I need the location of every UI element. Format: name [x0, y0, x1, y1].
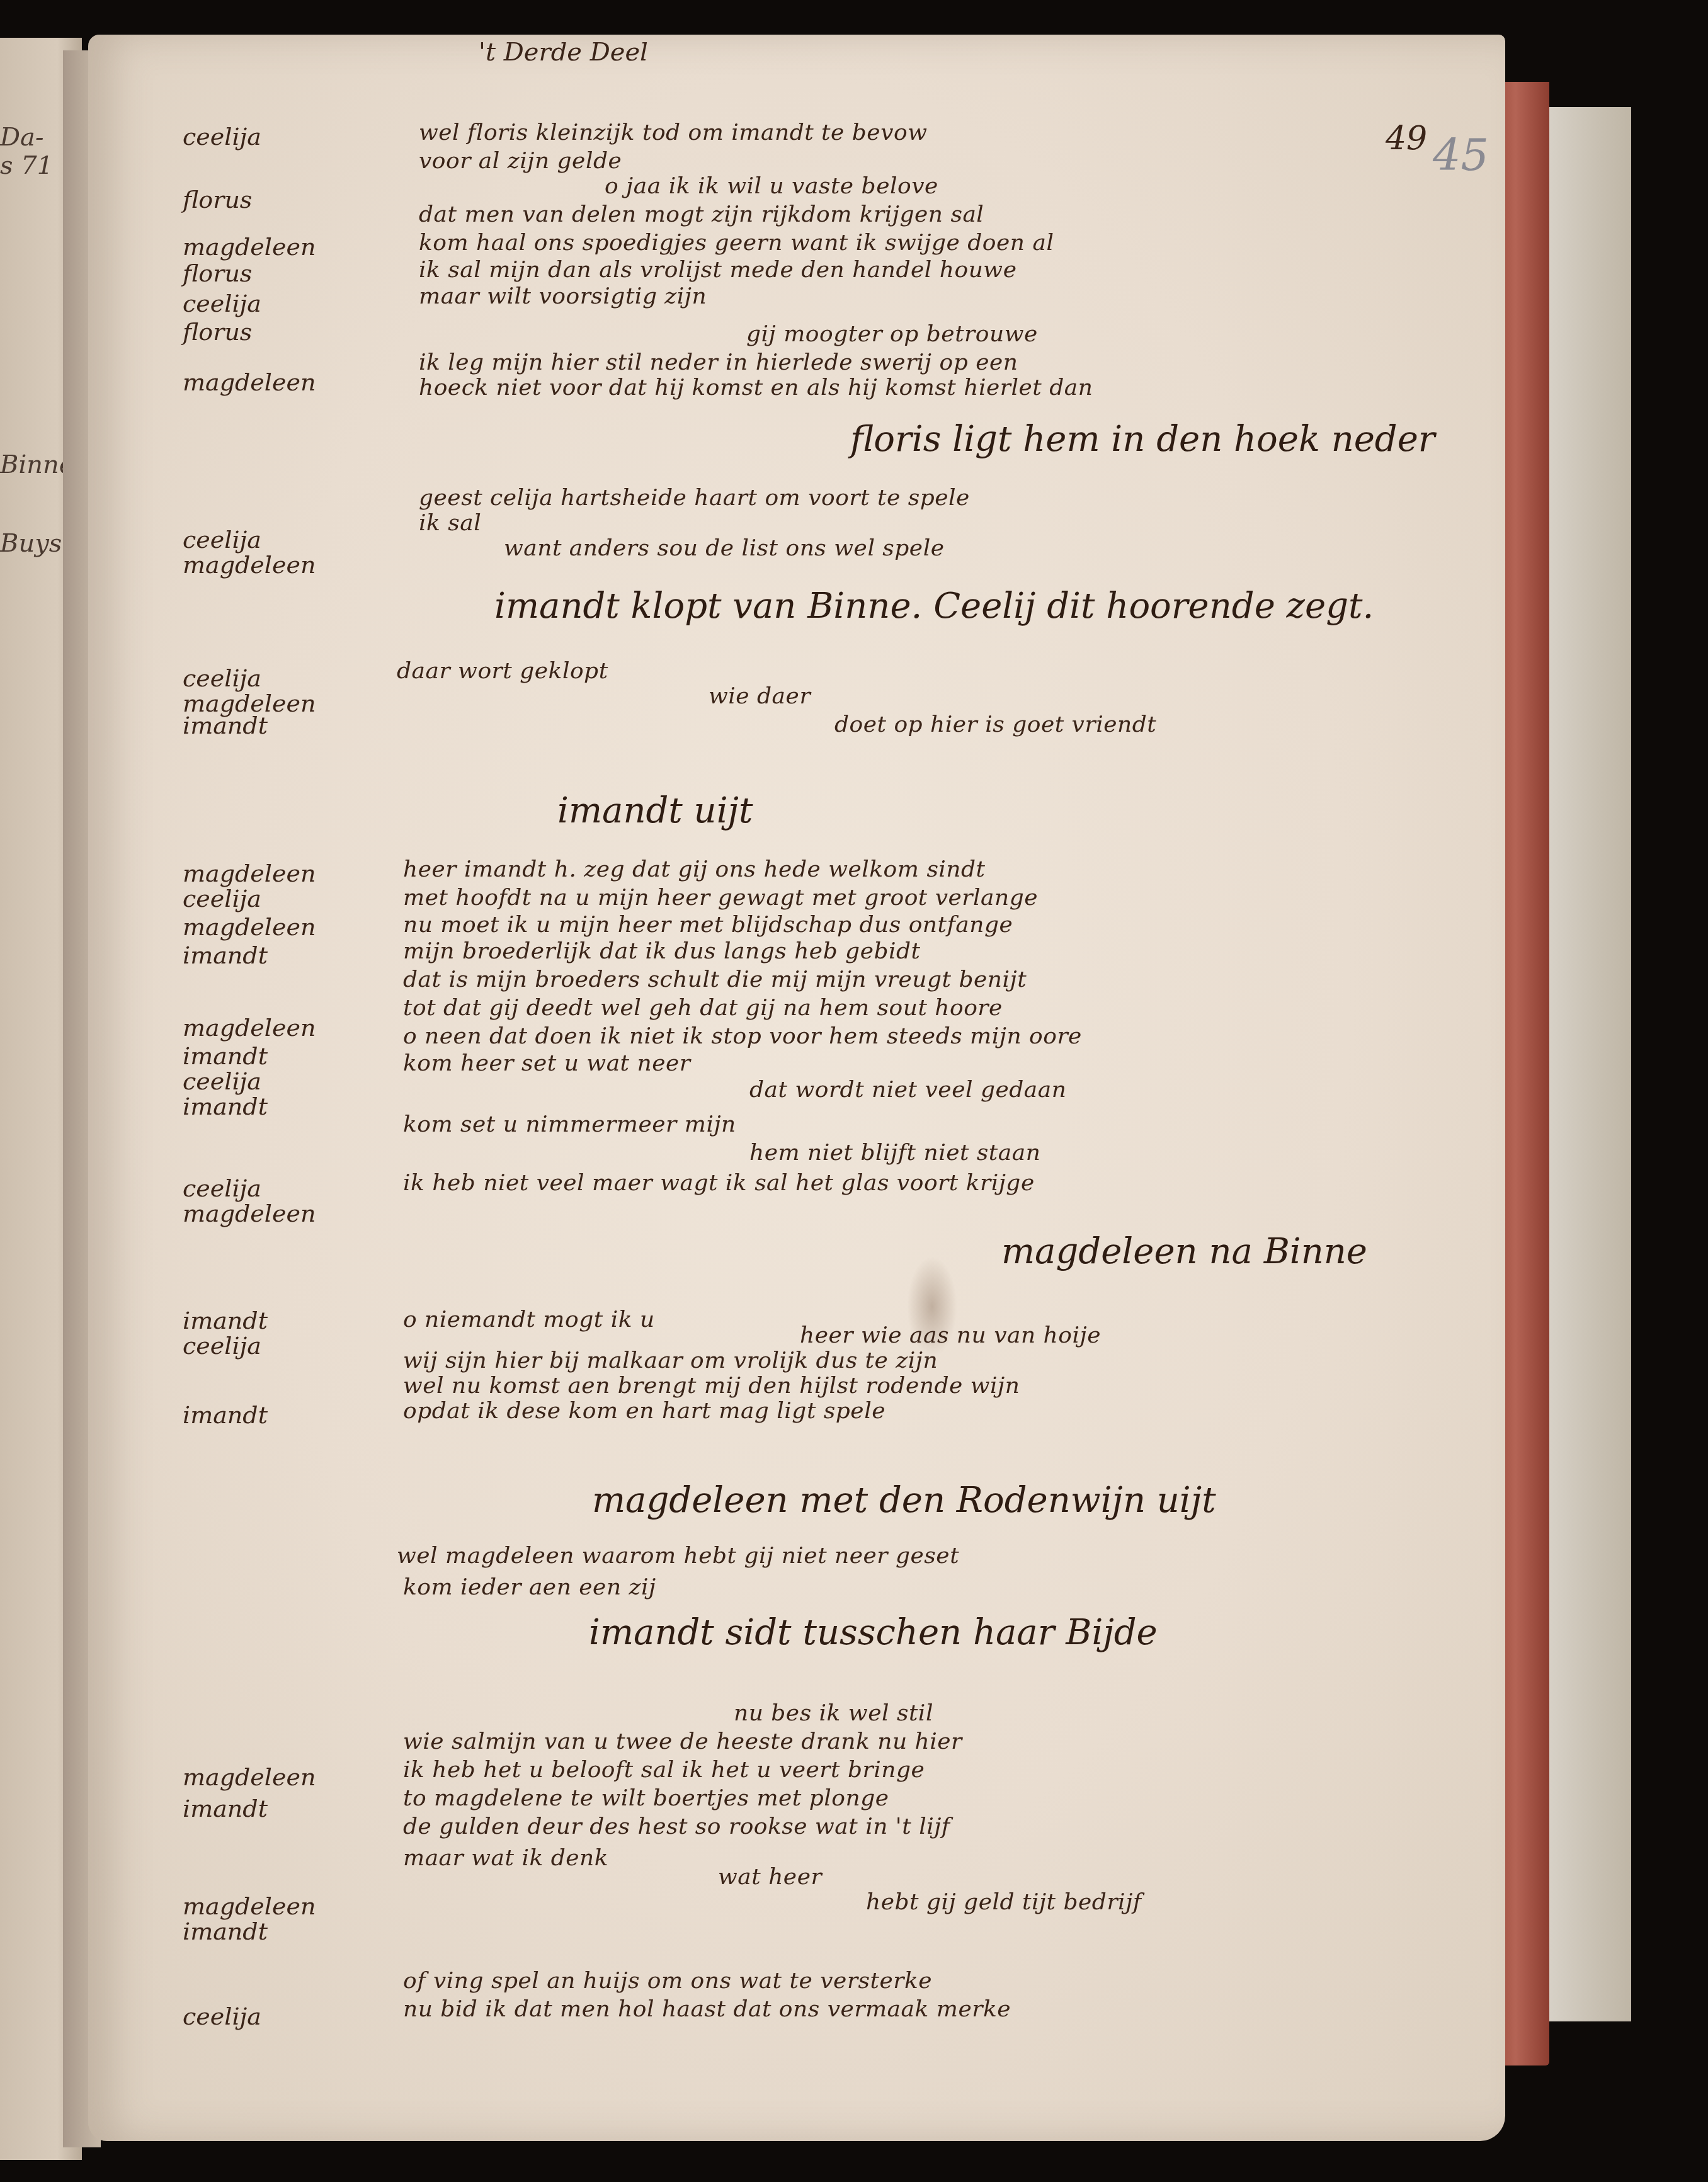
previous-page-fragment: Da-	[0, 123, 43, 152]
dialogue-line: wel magdeleen waarom hebt gij niet neer …	[397, 1543, 959, 1569]
speaker-name: magdeleen	[183, 551, 316, 579]
stage-direction: floris ligt hem in den hoek neder	[850, 419, 1435, 460]
speaker-name: florus	[183, 259, 252, 287]
page-header: 't Derde Deel	[479, 38, 648, 67]
speaker-name: imandt	[183, 1918, 268, 1945]
speaker-name: magdeleen	[183, 1892, 316, 1920]
dialogue-line: nu bes ik wel stil	[734, 1700, 933, 1726]
speaker-name: magdeleen	[183, 1200, 316, 1227]
speaker-name: magdeleen	[183, 368, 316, 396]
dialogue-line: wat heer	[718, 1864, 822, 1890]
dialogue-line: wie salmijn van u twee de heeste drank n…	[403, 1729, 962, 1754]
dialogue-line: tot dat gij deedt wel geh dat gij na hem…	[403, 995, 1003, 1021]
dialogue-line: daar wort geklopt	[397, 658, 608, 684]
stage-direction: imandt klopt van Binne. Ceelij dit hoore…	[494, 586, 1374, 627]
dialogue-line: wel floris kleinzijk tod om imandt te be…	[419, 120, 928, 145]
dialogue-line: maar wat ik denk	[403, 1845, 608, 1871]
dialogue-line: voor al zijn gelde	[419, 148, 622, 174]
stage-direction: imandt uijt	[557, 790, 753, 831]
stage-direction: imandt sidt tusschen haar Bijde	[589, 1612, 1158, 1653]
dialogue-line: o jaa ik ik wil u vaste belove	[605, 173, 938, 199]
dialogue-line: dat men van delen mogt zijn rijkdom krij…	[419, 202, 984, 227]
speaker-name: ceelija	[183, 290, 261, 317]
dialogue-line: dat wordt niet veel gedaan	[749, 1077, 1066, 1103]
dialogue-line: hoeck niet voor dat hij komst en als hij…	[419, 375, 1093, 401]
speaker-name: imandt	[183, 712, 268, 739]
speaker-name: imandt	[183, 941, 268, 969]
dialogue-line: kom haal ons spoedigjes geern want ik sw…	[419, 230, 1054, 256]
dialogue-line: heer imandt h. zeg dat gij ons hede welk…	[403, 856, 986, 882]
folio-number-pencil: 45	[1433, 129, 1489, 181]
dialogue-line: geest celija hartsheide haart om voort t…	[419, 485, 970, 511]
speaker-name: ceelija	[183, 664, 261, 692]
speaker-name: magdeleen	[183, 1014, 316, 1042]
dialogue-line: ik leg mijn hier stil neder in hierlede …	[419, 349, 1018, 375]
book-cover-edge	[1546, 107, 1631, 2021]
dialogue-line: gij moogter op betrouwe	[746, 321, 1038, 347]
speaker-name: ceelija	[183, 526, 261, 554]
dialogue-line: mijn broederlijk dat ik dus langs heb ge…	[403, 938, 921, 964]
dialogue-line: ik heb niet veel maer wagt ik sal het gl…	[403, 1170, 1035, 1196]
dialogue-line: nu bid ik dat men hol haast dat ons verm…	[403, 1996, 1011, 2022]
dialogue-line: hem niet blijft niet staan	[749, 1140, 1040, 1166]
folio-number-ink: 49	[1386, 120, 1427, 157]
dialogue-line: wel nu komst aen brengt mij den hijlst r…	[403, 1373, 1020, 1399]
dialogue-line: de gulden deur des hest so rookse wat in…	[403, 1814, 950, 1839]
dialogue-line: dat is mijn broeders schult die mij mijn…	[403, 967, 1027, 992]
speaker-name: ceelija	[183, 1174, 261, 1202]
previous-page-fragment: s 71	[0, 151, 53, 180]
speaker-name: magdeleen	[183, 860, 316, 887]
dialogue-line: of ving spel an huijs om ons wat te vers…	[403, 1968, 932, 1994]
stage-direction: magdeleen na Binne	[1001, 1231, 1367, 1272]
speaker-name: magdeleen	[183, 913, 316, 941]
speaker-name: ceelija	[183, 123, 261, 151]
speaker-name: magdeleen	[183, 233, 316, 261]
dialogue-line: met hoofdt na u mijn heer gewagt met gro…	[403, 885, 1038, 911]
speaker-name: ceelija	[183, 885, 261, 912]
speaker-name: ceelija	[183, 1067, 261, 1095]
dialogue-line: kom heer set u wat neer	[403, 1050, 691, 1076]
speaker-name: imandt	[183, 1093, 268, 1120]
dialogue-line: nu moet ik u mijn heer met blijdschap du…	[403, 912, 1013, 938]
dialogue-line: doet op hier is goet vriendt	[834, 712, 1156, 737]
speaker-name: imandt	[183, 1401, 268, 1429]
dialogue-line: o niemandt mogt ik u	[403, 1307, 655, 1332]
dialogue-line: opdat ik dese kom en hart mag ligt spele	[403, 1398, 885, 1424]
dialogue-line: ik sal mijn dan als vrolijst mede den ha…	[419, 257, 1016, 283]
stage-direction: magdeleen met den Rodenwijn uijt	[592, 1480, 1216, 1521]
speaker-name: imandt	[183, 1307, 268, 1334]
previous-page-fragment: Buys	[0, 529, 62, 558]
dialogue-line: wij sijn hier bij malkaar om vrolijk dus…	[403, 1348, 938, 1373]
speaker-name: magdeleen	[183, 1763, 316, 1791]
dialogue-line: maar wilt voorsigtig zijn	[419, 283, 707, 309]
dialogue-line: kom set u nimmermeer mijn	[403, 1111, 736, 1137]
speaker-name: imandt	[183, 1042, 268, 1070]
dialogue-line: heer wie aas nu van hoije	[800, 1322, 1101, 1348]
dialogue-line: wie daer	[709, 683, 811, 709]
speaker-name: florus	[183, 318, 252, 346]
dialogue-line: ik heb het u belooft sal ik het u veert …	[403, 1757, 925, 1783]
dialogue-line: kom ieder aen een zij	[403, 1574, 656, 1600]
dialogue-line: hebt gij geld tijt bedrijf	[866, 1889, 1142, 1915]
dialogue-line: ik sal	[419, 510, 481, 536]
dialogue-line: to magdelene te wilt boertjes met plonge	[403, 1785, 889, 1811]
speaker-name: imandt	[183, 1795, 268, 1822]
speaker-name: florus	[183, 186, 252, 213]
dialogue-line: o neen dat doen ik niet ik stop voor hem…	[403, 1023, 1082, 1049]
speaker-name: ceelija	[183, 1332, 261, 1360]
dialogue-line: want anders sou de list ons wel spele	[504, 535, 944, 561]
speaker-name: ceelija	[183, 2003, 261, 2030]
